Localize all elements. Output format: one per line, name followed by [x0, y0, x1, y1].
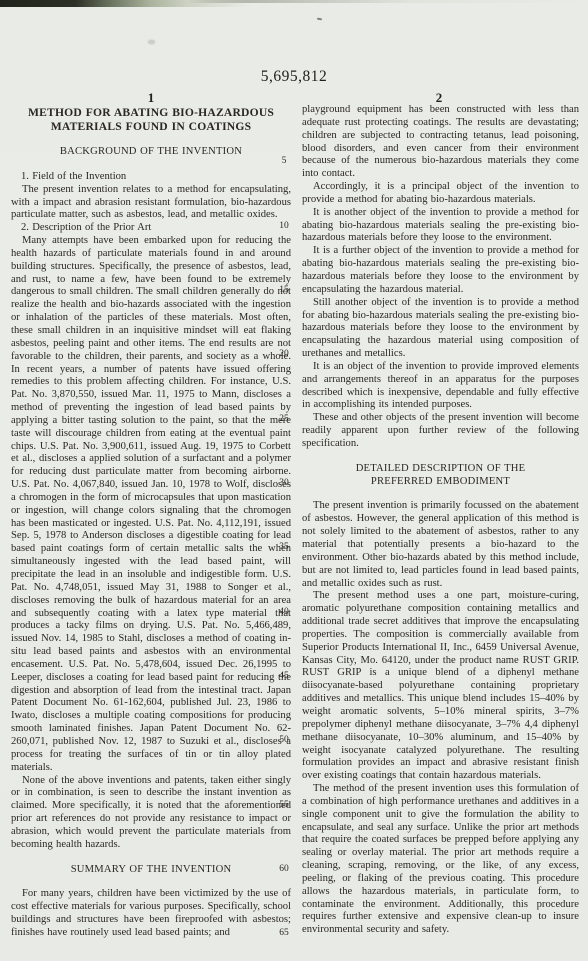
- scan-speck: [148, 40, 155, 44]
- scan-edge-artifact-dark: [0, 0, 250, 7]
- scan-speck: [317, 18, 322, 21]
- section-heading-summary: SUMMARY OF THE INVENTION: [11, 864, 291, 877]
- paragraph-these-objects: These and other objects of the present i…: [302, 412, 579, 451]
- heading-line-2: PREFERRED EMBODIMENT: [302, 476, 579, 489]
- section-heading-detailed-description: DETAILED DESCRIPTION OF THE PREFERRED EM…: [302, 463, 579, 489]
- paragraph-continuation: playground equipment has been constructe…: [302, 104, 579, 181]
- section-heading-background: BACKGROUND OF THE INVENTION: [11, 146, 291, 159]
- paragraph-none-of-above: None of the above inventions and patents…: [11, 775, 291, 852]
- paragraph-rust-grip: The present method uses a one part, mois…: [302, 590, 579, 783]
- subsection-prior-art: 2. Description of the Prior Art: [11, 222, 291, 235]
- paragraph-further-object: It is a further object of the invention …: [302, 245, 579, 296]
- paragraph-prior-art: Many attempts have been embarked upon fo…: [11, 235, 291, 774]
- paragraph-field: The present invention relates to a metho…: [11, 184, 291, 223]
- paragraph-accordingly: Accordingly, it is a principal object of…: [302, 181, 579, 207]
- paragraph-summary: For many years, children have been victi…: [11, 888, 291, 939]
- paragraph-method: The method of the present invention uses…: [302, 783, 579, 937]
- left-column: METHOD FOR ABATING BIO-HAZARDOUS MATERIA…: [11, 104, 291, 957]
- subsection-field-of-invention: 1. Field of the Invention: [11, 171, 291, 184]
- paragraph-still-another-object: Still another object of the invention is…: [302, 297, 579, 361]
- invention-title: METHOD FOR ABATING BIO-HAZARDOUS MATERIA…: [17, 106, 285, 134]
- patent-number: 5,695,812: [0, 68, 588, 86]
- paragraph-improved-elements: It is an object of the invention to prov…: [302, 361, 579, 412]
- right-column: playground equipment has been constructe…: [302, 104, 579, 957]
- paragraph-focus: The present invention is primarily focus…: [302, 500, 579, 590]
- paragraph-another-object: It is another object of the invention to…: [302, 207, 579, 246]
- heading-line-1: DETAILED DESCRIPTION OF THE: [356, 463, 526, 474]
- patent-page: 5,695,812 1 2 5 10 15 20 25 30 35 40 45 …: [0, 0, 588, 961]
